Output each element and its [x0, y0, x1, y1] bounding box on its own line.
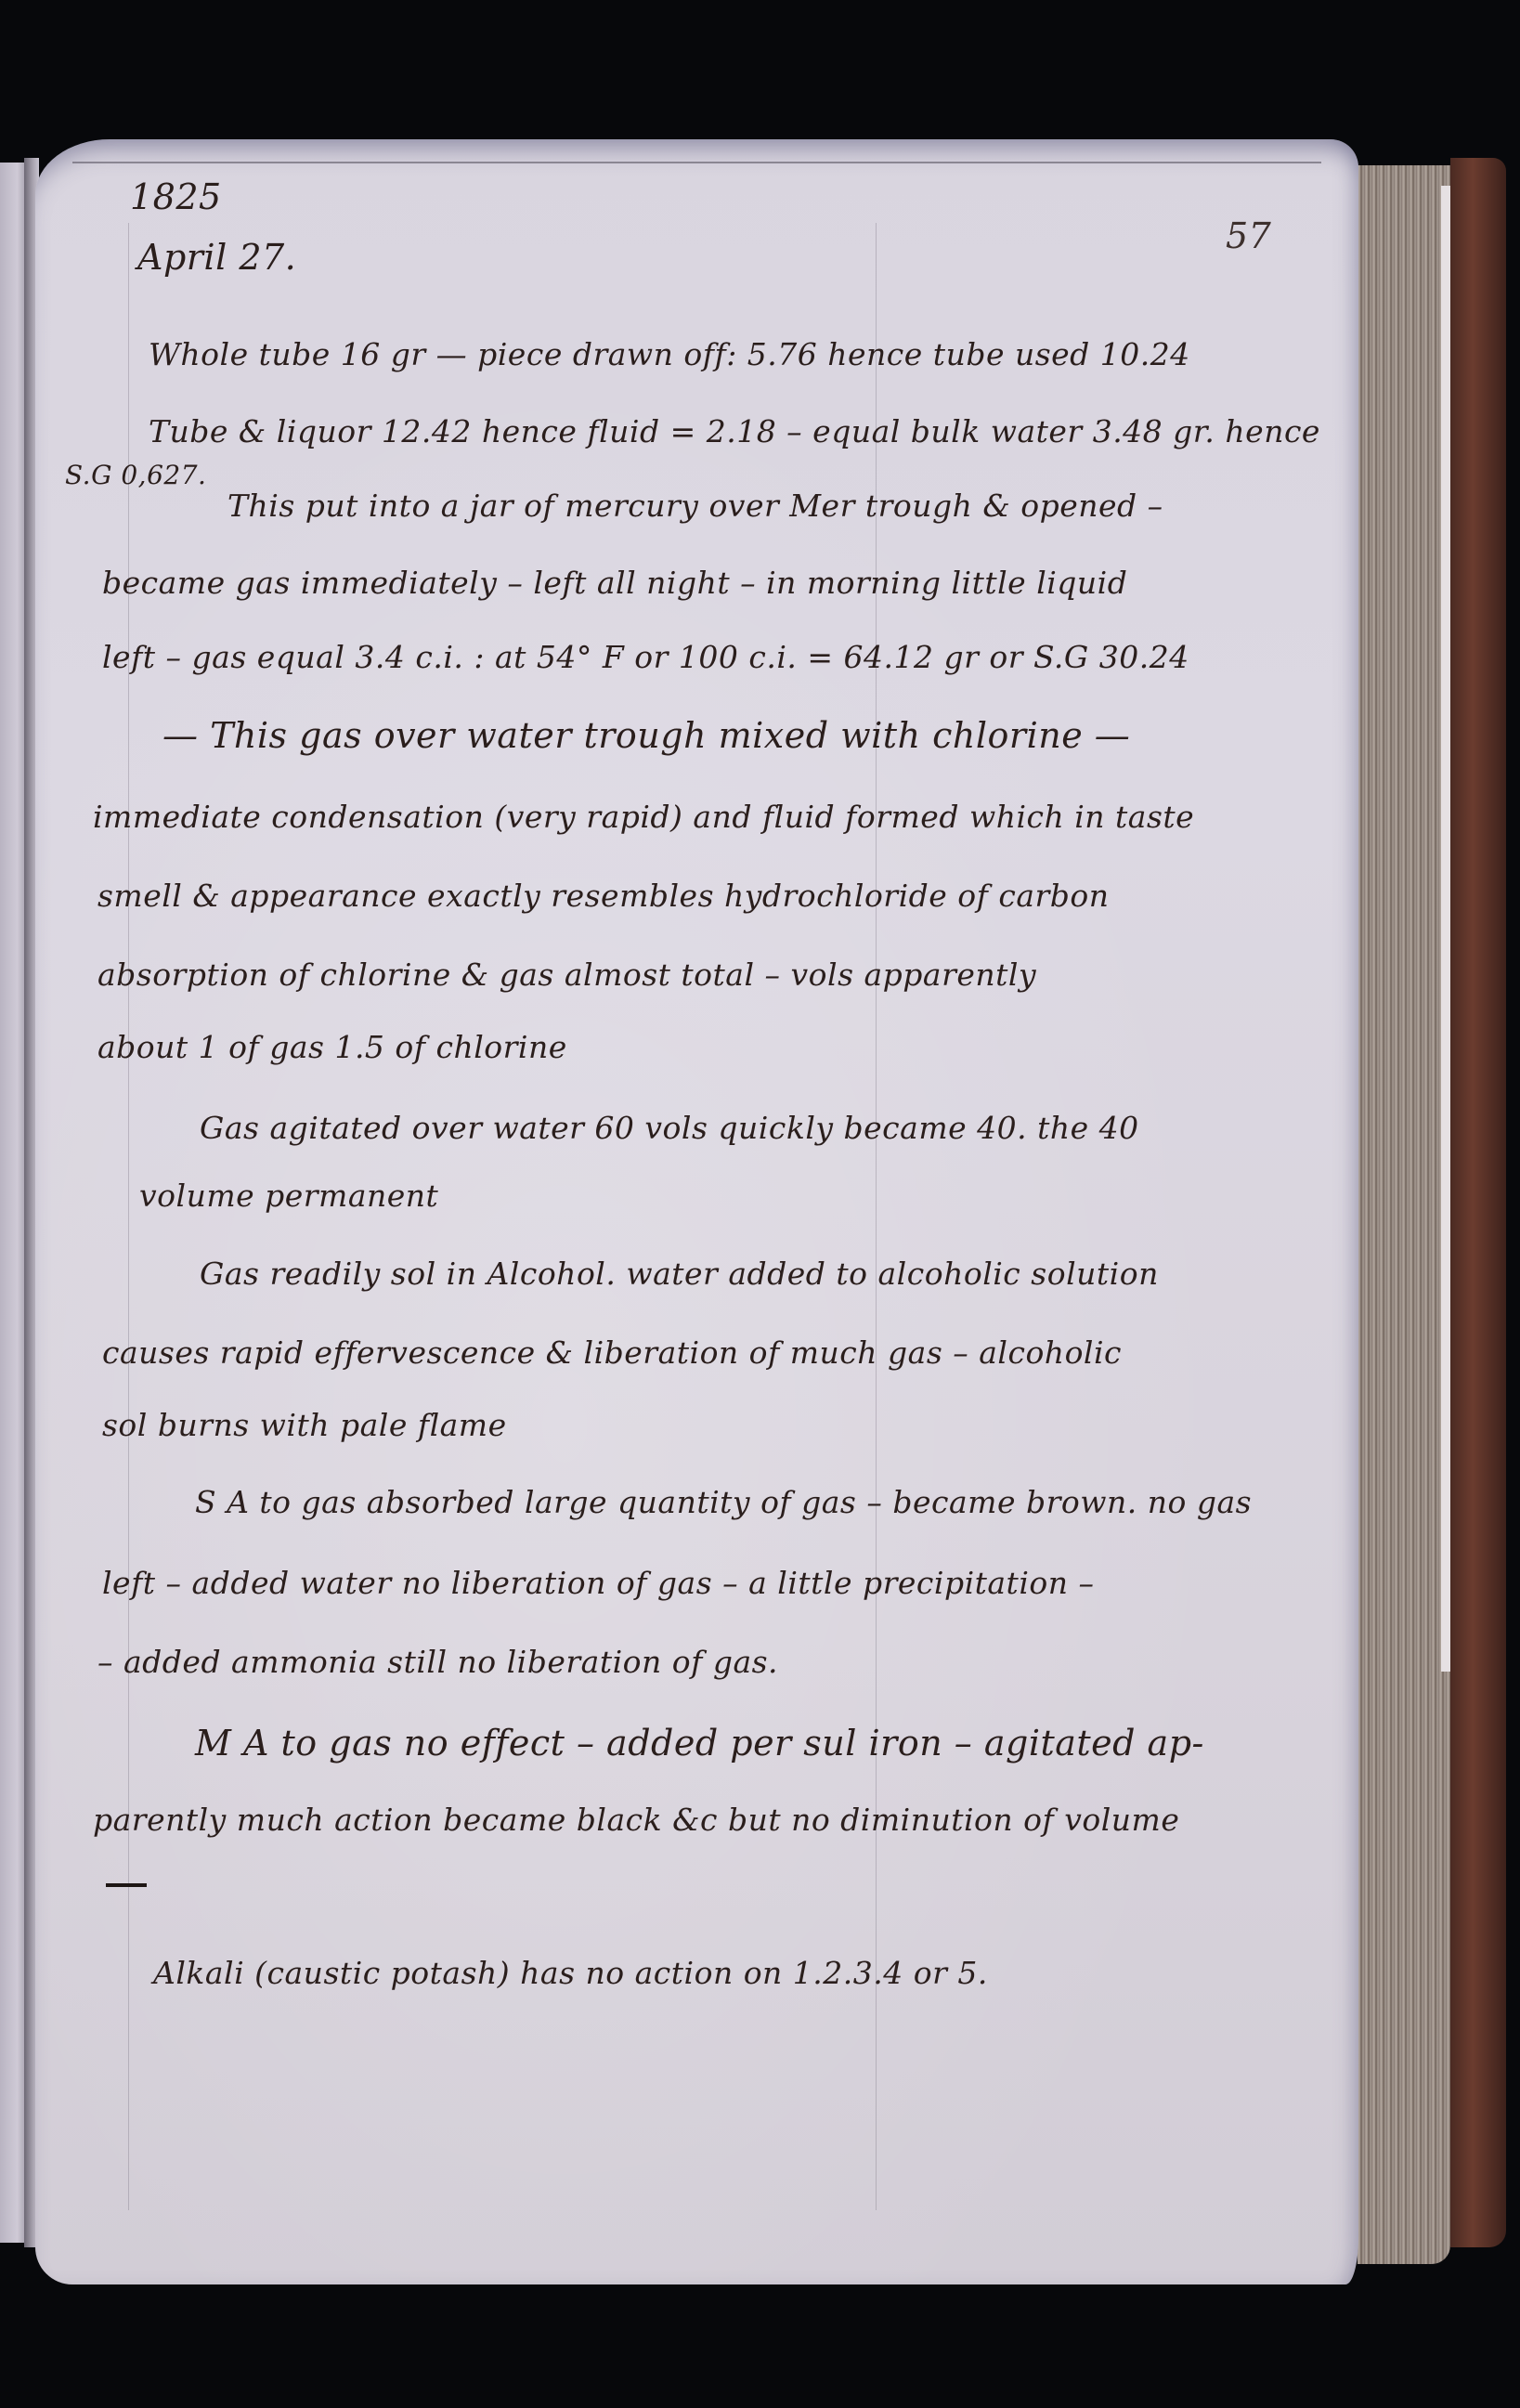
notebook-line: about 1 of gas 1.5 of chlorine [97, 1029, 567, 1065]
notebook-line: M A to gas no effect – added per sul iro… [195, 1723, 1204, 1764]
page-number: 57 [1226, 215, 1271, 256]
year-heading: 1825 [130, 176, 222, 217]
page-edge-highlight [1441, 186, 1450, 1672]
page-edge-stack [1358, 165, 1450, 2264]
notebook-line: left – added water no liberation of gas … [102, 1565, 1095, 1601]
date-heading: April 27. [137, 237, 296, 278]
book-cover-edge [1450, 158, 1506, 2247]
section-dash-mark [106, 1883, 147, 1887]
margin-rule-left [128, 223, 129, 2210]
top-ruled-line [72, 162, 1321, 163]
notebook-line: Tube & liquor 12.42 hence fluid = 2.18 –… [149, 413, 1320, 449]
notebook-line: volume permanent [139, 1178, 438, 1214]
notebook-line: smell & appearance exactly resembles hyd… [97, 878, 1110, 914]
notebook-line: absorption of chlorine & gas almost tota… [97, 957, 1036, 993]
scanned-notebook-scene: 1825 April 27. 57 S.G 0,627. Whole tube … [0, 0, 1520, 2408]
notebook-line: Alkali (caustic potash) has no action on… [153, 1955, 988, 1991]
margin-note-specific-gravity: S.G 0,627. [65, 460, 206, 490]
notebook-line: Whole tube 16 gr — piece drawn off: 5.76… [149, 336, 1190, 372]
notebook-line: sol burns with pale flame [102, 1407, 507, 1443]
notebook-line: — This gas over water trough mixed with … [162, 715, 1130, 756]
notebook-line: This put into a jar of mercury over Mer … [227, 488, 1163, 524]
notebook-line: S A to gas absorbed large quantity of ga… [195, 1484, 1252, 1520]
notebook-line: became gas immediately – left all night … [102, 565, 1127, 601]
notebook-line: Gas agitated over water 60 vols quickly … [200, 1110, 1139, 1146]
notebook-line: immediate condensation (very rapid) and … [93, 799, 1194, 835]
notebook-line: left – gas equal 3.4 c.i. : at 54° F or … [102, 639, 1189, 675]
notebook-line: parently much action became black &c but… [93, 1802, 1179, 1838]
notebook-line: Gas readily sol in Alcohol. water added … [200, 1256, 1159, 1292]
notebook-line: – added ammonia still no liberation of g… [97, 1644, 778, 1680]
notebook-line: causes rapid effervescence & liberation … [102, 1334, 1122, 1371]
